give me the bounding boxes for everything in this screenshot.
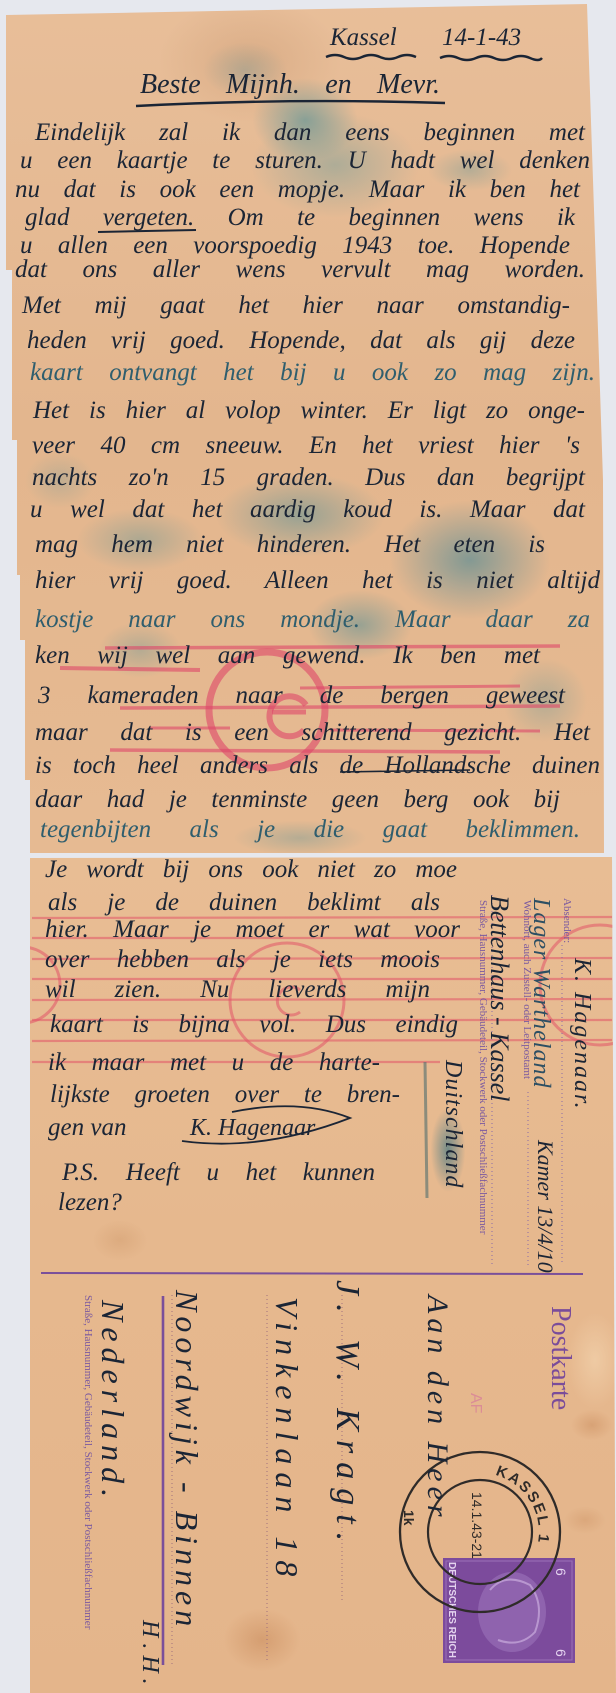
letter-line: hier vrij goed. Alleen het is niet altij… bbox=[35, 567, 600, 595]
recipient-name: J. W. Kragt. bbox=[330, 1280, 364, 1550]
place-underline bbox=[326, 55, 416, 59]
card-title: Postkarte bbox=[545, 1306, 575, 1410]
letter-line: glad vergeten. Om te beginnen wens ik bbox=[25, 204, 575, 232]
letter-line: veer 40 cm sneeuw. En het vriest hier 's bbox=[32, 432, 580, 460]
letter-line: Eindelijk zal ik dan eens beginnen met bbox=[35, 119, 585, 147]
sender-place: Lager Wartheland bbox=[529, 898, 553, 1088]
signature: K. Hagenaar bbox=[190, 1114, 315, 1142]
stamp-value-top: 6 bbox=[553, 1568, 569, 1576]
message-line: hier. Maar je moet er wat voor bbox=[45, 916, 460, 944]
letter-line: kaart ontvangt het bij u ook zo mag zijn… bbox=[30, 359, 595, 387]
letter-line: dat ons aller wens vervult mag worden. bbox=[15, 256, 585, 284]
letter-salutation: Beste Mijnh. en Mevr. bbox=[140, 70, 440, 98]
letter-line: Met mij gaat het hier naar omstandig- bbox=[22, 292, 570, 320]
letter-place: Kassel bbox=[330, 24, 397, 52]
sender-name: K. Hagenaar. bbox=[570, 958, 594, 1111]
letter-line: tegenbijten als je die gaat beklimmen. bbox=[40, 816, 580, 844]
recipient-street: Vinkenlaan 18 bbox=[271, 1297, 303, 1584]
stamp-portrait-profile bbox=[490, 1580, 539, 1643]
date-underline bbox=[440, 56, 542, 60]
recipient-city: Noordwijk - Binnen bbox=[171, 1290, 203, 1631]
censor-mark: AF bbox=[467, 1393, 483, 1413]
pen-stroke bbox=[425, 1062, 427, 1198]
message-line: als je de duinen beklimt als bbox=[48, 889, 440, 917]
postmark-city: KASSEL 1 bbox=[494, 1463, 552, 1546]
postmark-city-path: KASSEL 1 bbox=[494, 1463, 552, 1546]
recipient-salutation: Aan den Heer bbox=[422, 1295, 452, 1522]
postmark-code: 1k bbox=[401, 1510, 417, 1526]
message-line: over hebben als je iets moois bbox=[45, 946, 440, 974]
recipient-country: Nederland. bbox=[97, 1300, 129, 1503]
letter-line: is toch heel anders als de Hollandsche d… bbox=[35, 752, 600, 780]
postscript-line: P.S. Heeft u het kunnen bbox=[62, 1159, 375, 1187]
letter-line: daar had je tenminste geen berg ook bij bbox=[35, 786, 560, 814]
letter-line: maar dat is een schitterend gezicht. Het bbox=[35, 719, 590, 747]
recipient-street-label: Straße, Hausnummer, Gebäudeteil, Stockwe… bbox=[82, 1295, 94, 1629]
letter-line: mag hem niet hinderen. Het eten is bbox=[35, 531, 545, 559]
postage-stamp: DEUTSCHES REICH 6 6 bbox=[443, 1558, 575, 1663]
closing-prefix: gen van bbox=[48, 1114, 126, 1142]
recipient-initials: H.H. bbox=[138, 1620, 162, 1691]
letter-line: kostje naar ons mondje. Maar daar za bbox=[35, 606, 590, 634]
letter-line: nachts zo'n 15 graden. Dus dan begrijpt bbox=[32, 464, 585, 492]
sender-room: Kamer 13/4/10 bbox=[534, 1140, 556, 1273]
sender-street: Bettenhaus - Kassel bbox=[486, 895, 512, 1102]
sender-country: Duitschland bbox=[441, 1060, 465, 1188]
message-line: wil zien. Nu lieverds mijn bbox=[45, 976, 430, 1004]
message-line: lijkste groeten over te bren- bbox=[50, 1081, 400, 1109]
stamp-portrait bbox=[478, 1572, 546, 1652]
section-divider bbox=[41, 1273, 583, 1274]
stamp-country: DEUTSCHES REICH bbox=[446, 1562, 457, 1658]
letter-date: 14-1-43 bbox=[442, 24, 521, 52]
message-line: Je wordt bij ons ook niet zo moe bbox=[45, 856, 457, 884]
message-line: ik maar met u de harte- bbox=[48, 1049, 380, 1077]
salutation-underline bbox=[136, 101, 445, 106]
letter-line: u wel dat het aardig koud is. Maar dat bbox=[30, 496, 585, 524]
letter-line: heden vrij goed. Hopende, dat als gij de… bbox=[27, 327, 575, 355]
sender-label: Absender: bbox=[561, 898, 573, 943]
letter-line: u een kaartje te sturen. U hadt wel denk… bbox=[20, 147, 590, 175]
letter-line: nu dat is ook een mopje. Maar ik ben het bbox=[15, 176, 580, 204]
postmark-date: 14.1.43-21 bbox=[469, 1492, 485, 1559]
message-line: kaart is bijna vol. Dus eindig bbox=[50, 1011, 458, 1039]
letter-line: 3 kameraden naar de bergen geweest bbox=[38, 682, 565, 710]
stamp-value-bottom: 6 bbox=[553, 1649, 569, 1657]
postscript-line: lezen? bbox=[58, 1189, 122, 1217]
letter-line: ken wij wel aan gewend. Ik ben met bbox=[35, 642, 540, 670]
letter-line: Het is hier al volop winter. Er ligt zo … bbox=[33, 397, 585, 425]
